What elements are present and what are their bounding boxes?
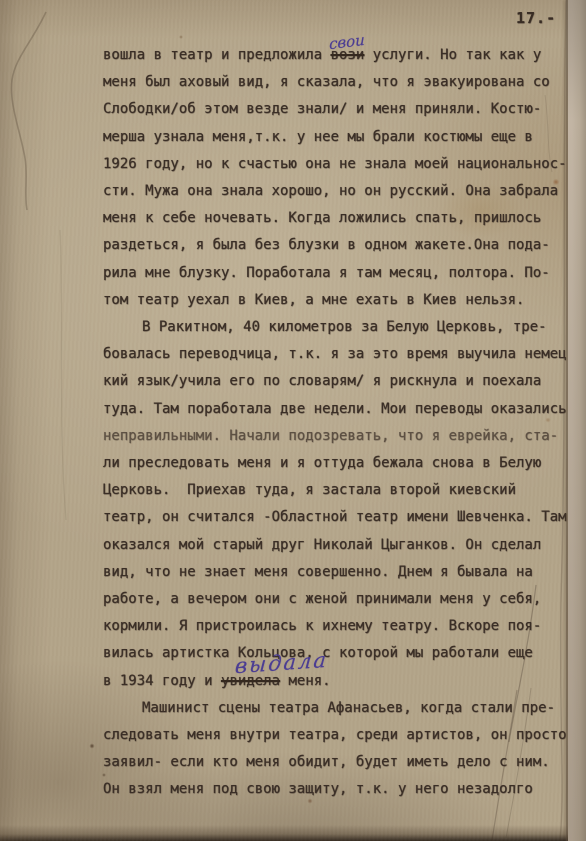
typed-text: неправильными. Начали подозревать, что я… xyxy=(103,428,558,444)
typed-line: заявил- если кто меня обидит, будет имет… xyxy=(103,749,573,776)
typed-line: туда. Там поработала две недели. Мои пер… xyxy=(103,396,573,423)
typed-text: театр, он считался -Областной театр имен… xyxy=(103,509,567,525)
typed-line: рила мне блузку. Поработала я там месяц,… xyxy=(103,260,573,287)
typed-text: раздеться, я была без блузки в одном жак… xyxy=(103,237,550,253)
typed-line: Он взял меня под свою защиту, т.к. у нег… xyxy=(103,776,573,803)
typed-text: Слободки/об этом везде знали/ и меня при… xyxy=(103,101,541,117)
typed-text: работе, а вечером они с женой принимали … xyxy=(103,591,541,607)
typed-line: следовать меня внутри театра, среди арти… xyxy=(103,722,573,749)
typed-text: меня был аховый вид, я сказала, что я эв… xyxy=(103,74,550,90)
typed-text: В Ракитном, 40 километров за Белую Церко… xyxy=(142,319,547,335)
typed-text: сти. Мужа она знала хорошо, но он русски… xyxy=(103,183,558,199)
typed-text: вид, что не знает меня совершенно. Днем … xyxy=(103,564,533,580)
typed-line: Машинист сцены театра Афанасьев, когда с… xyxy=(103,695,573,722)
typed-text: услуги. Но так как у xyxy=(364,47,541,63)
typed-text: том театр уехал в Киев, а мне ехать в Ки… xyxy=(103,292,524,308)
typed-line: ли преследовать меня и я оттуда бежала с… xyxy=(103,450,573,477)
typed-text: оказался мой старый друг Николай Цыганко… xyxy=(103,537,541,553)
typed-line: В Ракитном, 40 километров за Белую Церко… xyxy=(103,314,573,341)
typed-line: сти. Мужа она знала хорошо, но он русски… xyxy=(103,178,573,205)
typed-text: Машинист сцены театра Афанасьев, когда с… xyxy=(142,700,555,716)
typed-text: кормили. Я пристроилась к ихнему театру.… xyxy=(103,618,541,634)
typed-line: вид, что не знает меня совершенно. Днем … xyxy=(103,559,573,586)
typed-line: работе, а вечером они с женой принимали … xyxy=(103,586,573,613)
document-page: 17.- вошла в театр и предложила вози усл… xyxy=(0,0,586,841)
typed-text: вошла в театр и предложила xyxy=(103,47,331,63)
typed-line: неправильными. Начали подозревать, что я… xyxy=(103,423,573,450)
typed-line: том театр уехал в Киев, а мне ехать в Ки… xyxy=(103,287,573,314)
underlying-page-edge xyxy=(566,0,586,841)
typed-line: раздеться, я была без блузки в одном жак… xyxy=(103,232,573,259)
typed-text: Церковь. Приехав туда, я застала второй … xyxy=(103,482,516,498)
typed-text: 1926 году, но к счастью она не знала мое… xyxy=(103,156,567,172)
typed-text: ли преследовать меня и я оттуда бежала с… xyxy=(103,455,541,471)
typed-text-block: вошла в театр и предложила вози услуги. … xyxy=(103,42,573,804)
typed-text: бовалась переводчица, т.к. я за это врем… xyxy=(103,346,575,362)
typed-text: меня. xyxy=(280,673,331,689)
typed-line: театр, он считался -Областной театр имен… xyxy=(103,504,573,531)
typed-text: туда. Там поработала две недели. Мои пер… xyxy=(103,401,567,417)
document-photo: 17.- вошла в театр и предложила вози усл… xyxy=(0,0,586,841)
typed-line: Слободки/об этом везде знали/ и меня при… xyxy=(103,96,573,123)
typed-text: мерша узнала меня,т.к. у нее мы брали ко… xyxy=(103,129,533,145)
typed-line: мерша узнала меня,т.к. у нее мы брали ко… xyxy=(103,124,573,151)
typed-text: меня к себе ночевать. Когда ложились спа… xyxy=(103,210,541,226)
typed-line: Церковь. Приехав туда, я застала второй … xyxy=(103,477,573,504)
typed-line: кий язык/учила его по словарям/ я рискну… xyxy=(103,368,573,395)
typed-line: меня к себе ночевать. Когда ложились спа… xyxy=(103,205,573,232)
typed-line: вилась артистка Кольцова, с которой мы р… xyxy=(103,640,573,667)
typed-text: рила мне блузку. Поработала я там месяц,… xyxy=(103,265,550,281)
typed-line: меня был аховый вид, я сказала, что я эв… xyxy=(103,69,573,96)
typed-text: заявил- если кто меня обидит, будет имет… xyxy=(103,754,550,770)
page-number: 17.- xyxy=(516,9,556,27)
typed-line: оказался мой старый друг Николай Цыганко… xyxy=(103,532,573,559)
typed-line: кормили. Я пристроилась к ихнему театру.… xyxy=(103,613,573,640)
typed-text: Он взял меня под свою защиту, т.к. у нег… xyxy=(103,781,533,797)
typed-line: бовалась переводчица, т.к. я за это врем… xyxy=(103,341,573,368)
typed-line: 1926 году, но к счастью она не знала мое… xyxy=(103,151,573,178)
typed-line: в 1934 году и увидела меня. xyxy=(103,668,573,695)
typed-text: в 1934 году и xyxy=(103,673,221,689)
typed-text: кий язык/учила его по словарям/ я рискну… xyxy=(103,373,541,389)
typed-text: следовать меня внутри театра, среди арти… xyxy=(103,727,567,743)
